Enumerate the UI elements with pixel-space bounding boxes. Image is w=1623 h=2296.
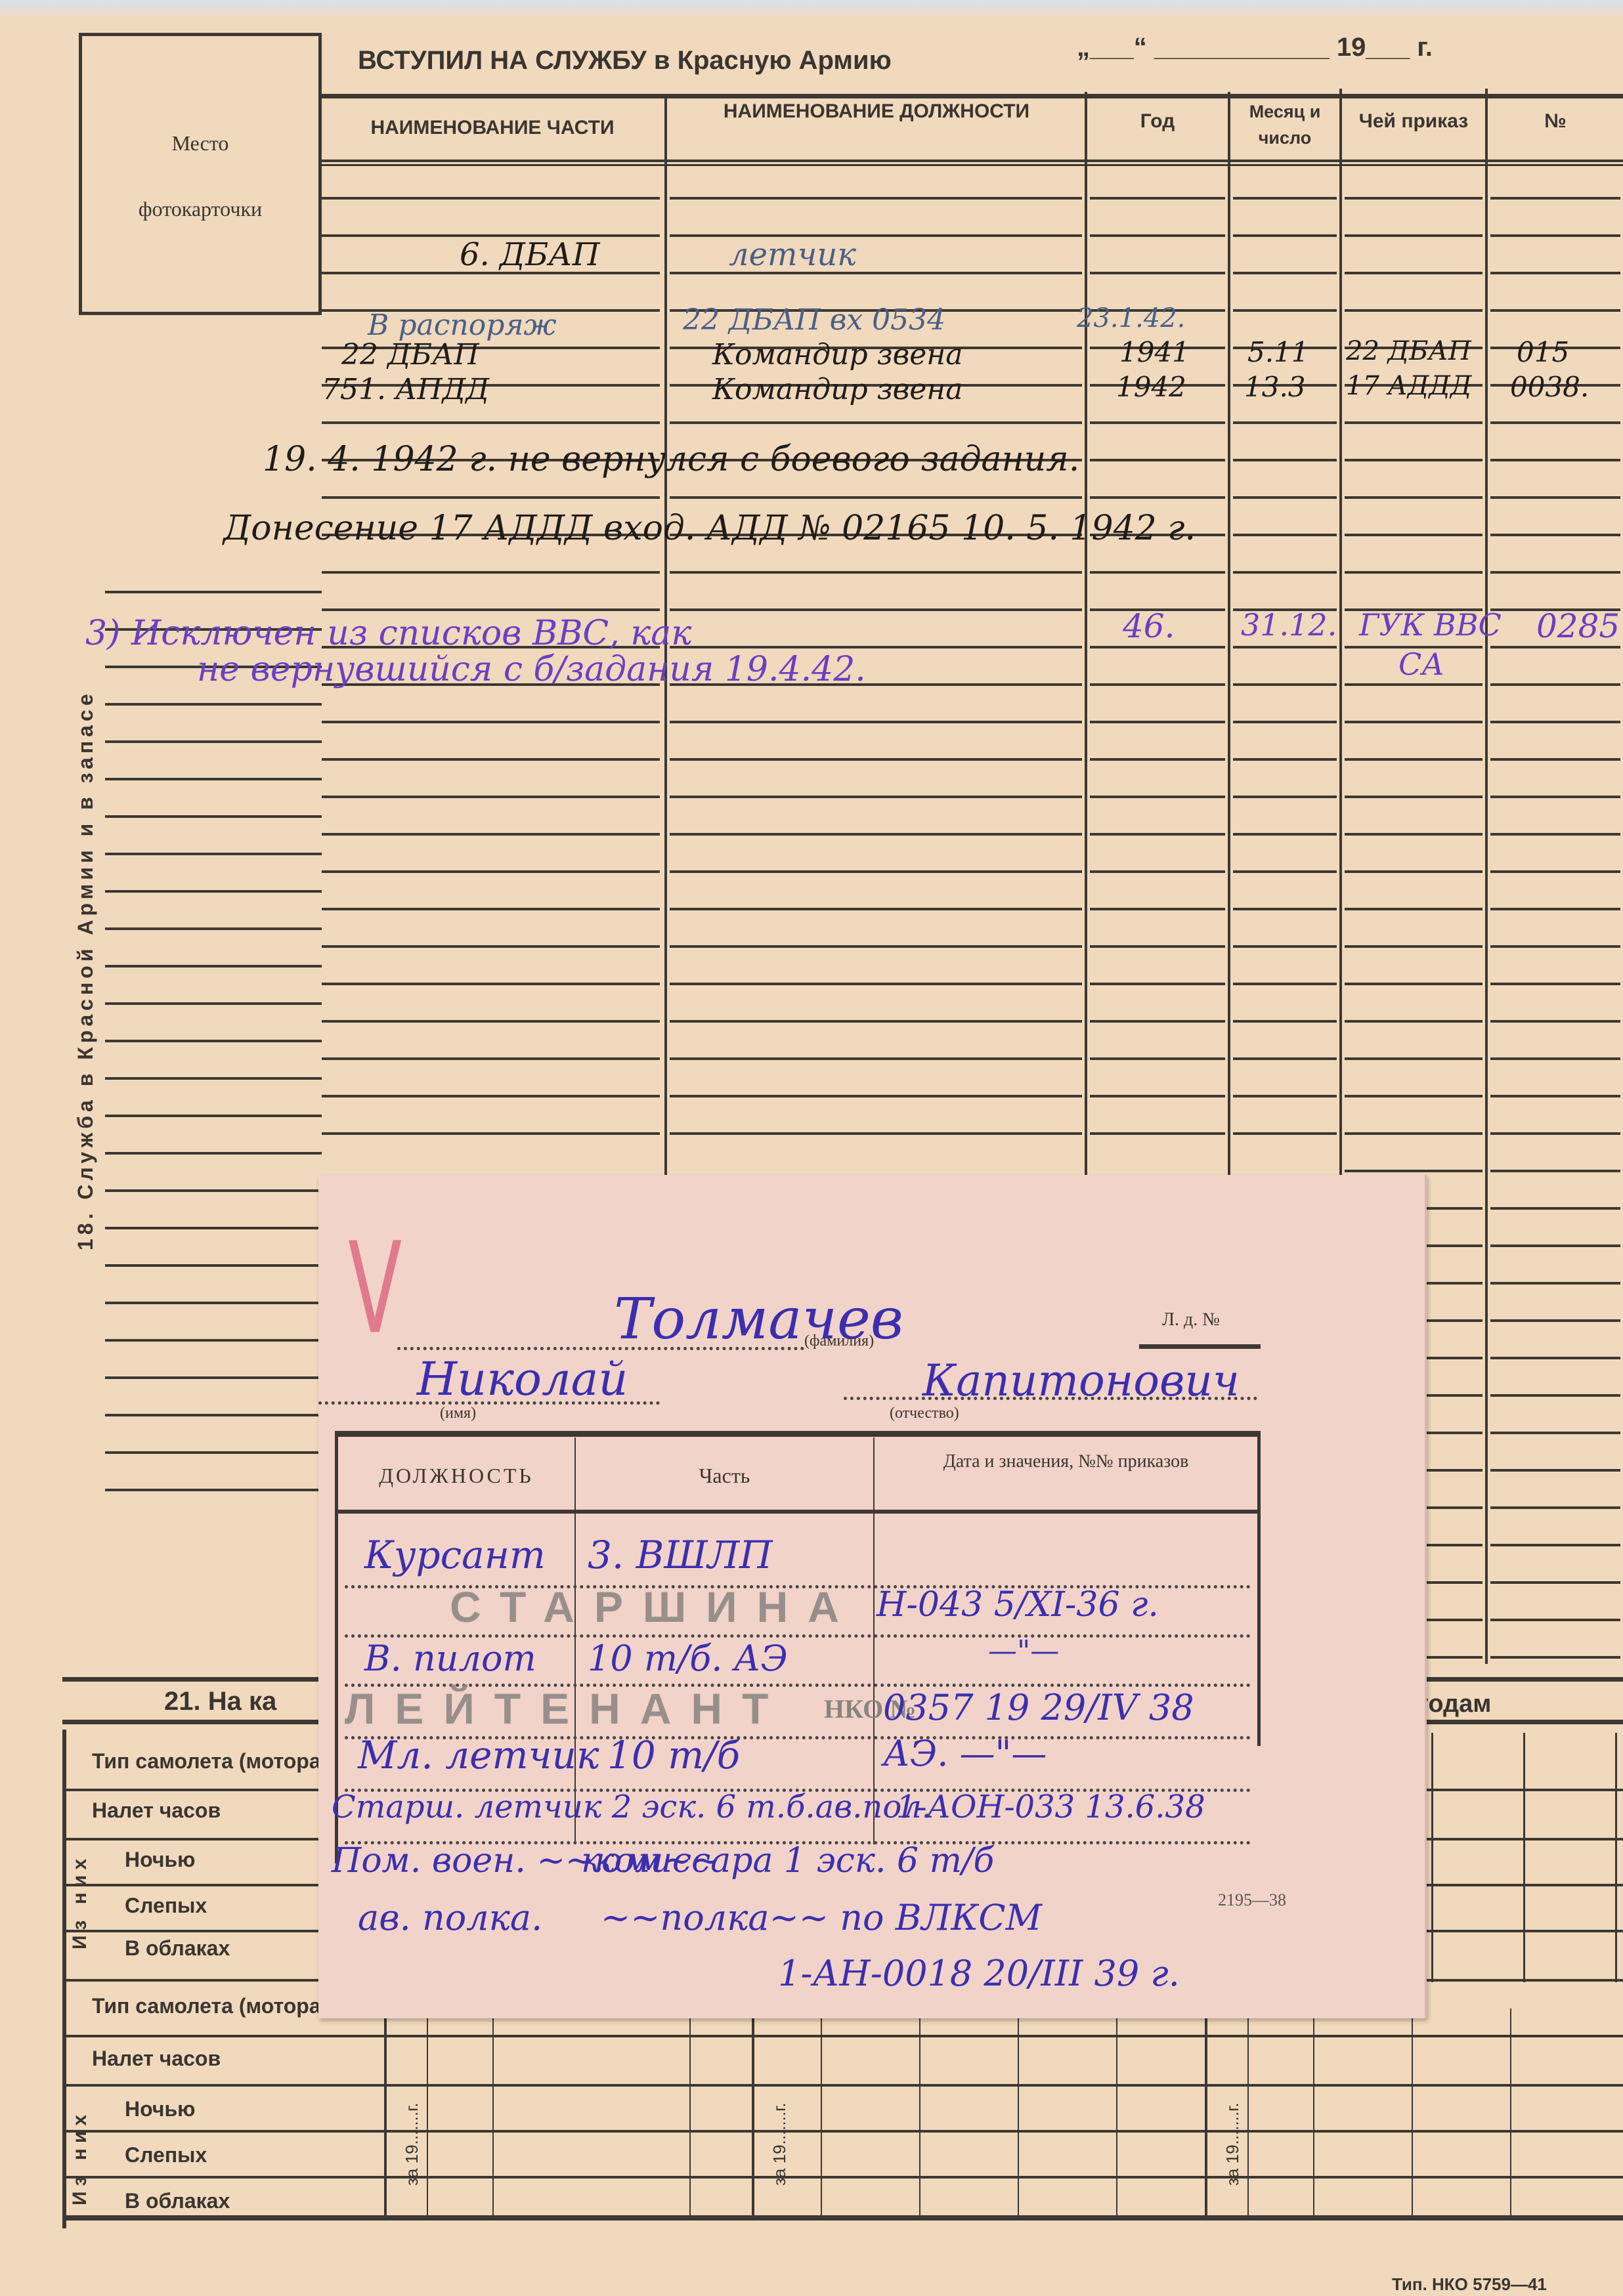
- flight-label-hours-2: Налет часов: [92, 2047, 221, 2071]
- note-not-returned: 19. 4. 1942 г. не вернулся с боевого зад…: [263, 440, 1079, 479]
- flight-year-label: за 19.......г.: [769, 2102, 790, 2186]
- flight-label-blind: Слепых: [125, 1894, 207, 1918]
- card-row-order: Н-043 5/XI-36 г.: [876, 1585, 1159, 1625]
- card-row-unit: комиссара 1 эск. 6 т/б: [581, 1841, 994, 1881]
- card-col-orders: Дата и значения, №№ приказов: [875, 1451, 1257, 1473]
- card-first-name: Николай: [417, 1352, 628, 1406]
- card-row-position: ав. полка.: [358, 1897, 542, 1938]
- print-footer: Тип. НКО 5759—41: [1392, 2274, 1547, 2295]
- row-year: 1941: [1119, 336, 1190, 368]
- card-row-position: Мл. летчик: [358, 1733, 599, 1777]
- card-row-order: 1-АН-0018 20/III 39 г.: [778, 1953, 1180, 1994]
- card-row-unit: 10 т/б. АЭ: [588, 1638, 788, 1679]
- card-row-order: —"—: [988, 1634, 1059, 1668]
- flight-label-blind-2: Слепых: [125, 2143, 207, 2167]
- flight-group-label: Из них: [69, 1854, 91, 1949]
- row-position: 22 ДБАП вх 0534: [683, 303, 945, 337]
- scan-edge: [0, 0, 1623, 20]
- note-excluded-year: 46.: [1123, 607, 1175, 645]
- form-title-date: „___“ ____________ 19___ г.: [1077, 33, 1433, 62]
- form-title: ВСТУПИЛ НА СЛУЖБУ в Красную Армию: [358, 46, 892, 75]
- col-header-position: НАИМЕНОВАНИЕ ДОЛЖНОСТИ: [670, 98, 1083, 125]
- col-header-date: Месяц и число: [1230, 98, 1339, 151]
- flight-label-clouds-2: В облаках: [125, 2189, 230, 2213]
- row-year: 1942: [1116, 371, 1186, 403]
- row-unit: 22 ДБАП: [341, 338, 479, 372]
- row-year: 23.1.42.: [1077, 303, 1185, 333]
- card-col-unit: Часть: [576, 1464, 873, 1488]
- card-col-position: ДОЛЖНОСТЬ: [338, 1464, 574, 1488]
- flight-label-night-2: Ночью: [125, 2097, 195, 2121]
- col-header-unit: НАИМЕНОВАНИЕ ЧАСТИ: [322, 115, 663, 141]
- card-row-order: 0357 19 29/IV 38: [883, 1687, 1194, 1728]
- flight-label-type-2: Тип самолета (мотора): [92, 1994, 328, 2018]
- flight-year-label: за 19.......г.: [402, 2102, 422, 2186]
- note-report: Донесение 17 АДДД вход. АДД № 02165 10. …: [223, 509, 1196, 548]
- card-row-unit: ~~полка~~ по ВЛКСМ: [601, 1897, 1042, 1938]
- section-21-title-right: годам: [1418, 1690, 1491, 1718]
- section-21-title: 21. На ка: [164, 1687, 276, 1716]
- card-row-order: 1-АОН-033 13.6.38: [896, 1789, 1205, 1825]
- photo-label-1: Место: [82, 131, 318, 156]
- row-unit: В распоряж: [368, 308, 557, 342]
- flight-year-label: за 19.......г.: [1223, 2102, 1243, 2186]
- rank-stamp: СТАРШИНА: [450, 1582, 859, 1632]
- row-position: летчик: [729, 236, 856, 273]
- flight-label-clouds: В облаках: [125, 1936, 230, 1961]
- card-row-position: Старш. летчик 2 эск. 6 т.б.ав.пол.: [332, 1789, 932, 1825]
- photo-placeholder-box: Место фотокарточки: [79, 33, 322, 315]
- row-number: 0038.: [1510, 371, 1589, 403]
- row-unit: 751. АПДД: [322, 373, 489, 406]
- check-mark: V: [348, 1216, 402, 1362]
- card-row-unit: 10 т/б: [607, 1733, 740, 1777]
- col-header-order-by: Чей приказ: [1342, 108, 1485, 135]
- note-excluded-order-by: ГУК ВВС: [1359, 607, 1502, 643]
- row-order-by: 17 АДДД: [1346, 371, 1471, 401]
- note-excluded-date: 31.12.: [1241, 607, 1337, 643]
- note-excluded-line1: 3) Исключен из списков ВВС, как: [85, 614, 691, 653]
- section-18-label: 18. Служба в Красной Армии и в запасе: [74, 690, 98, 1250]
- first-name-caption: (имя): [440, 1405, 476, 1422]
- row-order-by: 22 ДБАП: [1346, 336, 1471, 366]
- row-unit: 6. ДБАП: [460, 236, 600, 273]
- flight-label-type: Тип самолета (мотора): [92, 1749, 328, 1774]
- flight-label-night: Ночью: [125, 1848, 195, 1872]
- flight-label-hours: Налет часов: [92, 1798, 221, 1823]
- patronymic-caption: (отчество): [890, 1405, 959, 1422]
- row-position: Командир звена: [712, 338, 963, 372]
- personnel-card: V Толмачев (фамилия) Л. д. № Николай (им…: [318, 1175, 1427, 2018]
- ld-label: Л. д. №: [1162, 1309, 1220, 1330]
- flight-group-label-2: Из них: [69, 2110, 91, 2205]
- note-excluded-line2: не вернувшийся с б/задания 19.4.42.: [197, 650, 866, 689]
- rank-stamp: ЛЕЙТЕНАНТ: [345, 1684, 788, 1733]
- row-date: 5.11: [1247, 336, 1309, 368]
- card-row-position: В. пилот: [364, 1638, 536, 1679]
- note-excluded-number: 0285: [1536, 607, 1620, 645]
- surname-caption: (фамилия): [804, 1332, 874, 1350]
- card-row-position: Курсант: [364, 1533, 546, 1577]
- card-print-code: 2195—38: [1218, 1890, 1286, 1910]
- photo-label-2: фотокарточки: [82, 197, 318, 221]
- col-header-year: Год: [1087, 108, 1228, 135]
- note-excluded-order-by-2: СА: [1398, 647, 1444, 682]
- row-number: 015: [1517, 336, 1569, 368]
- card-row-order: АЭ. —"—: [883, 1733, 1047, 1774]
- row-position: Командир звена: [712, 373, 963, 406]
- col-header-number: №: [1488, 108, 1623, 135]
- card-row-unit: 3. ВШЛП: [588, 1533, 773, 1577]
- row-date: 13.3: [1244, 371, 1306, 403]
